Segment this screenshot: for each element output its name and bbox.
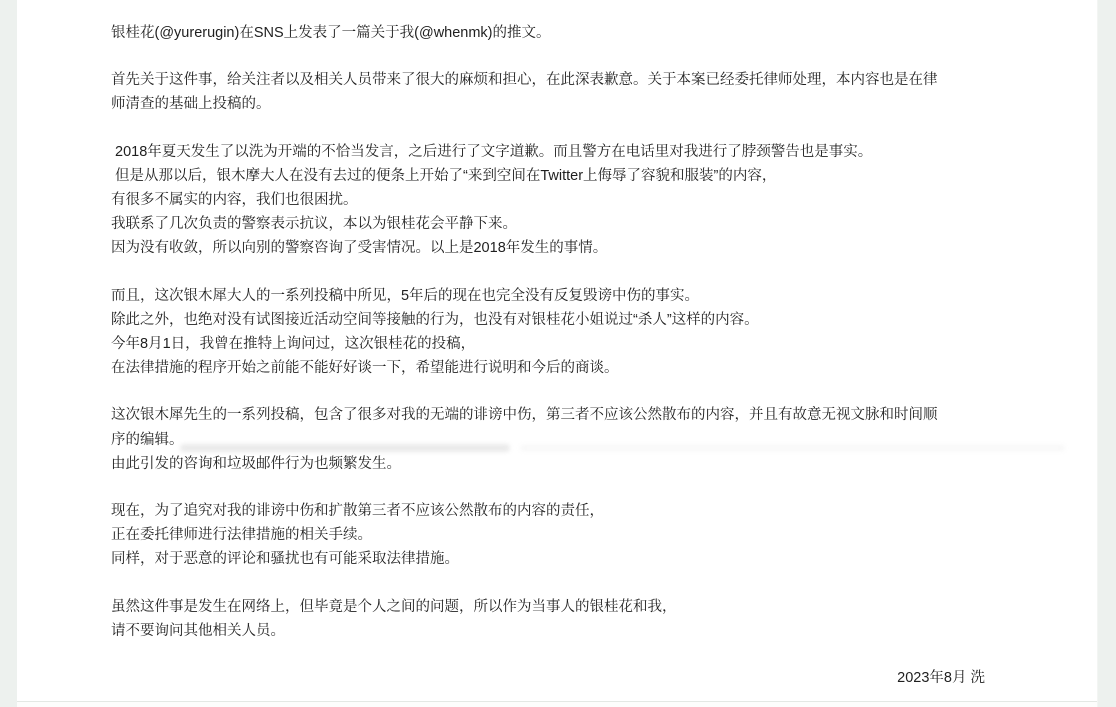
text-line: 这次银木犀先生的一系列投稿，包含了很多对我的无端的诽谤中伤，第三者不应该公然散布… [111, 403, 985, 427]
paragraph: 银桂花(@yurerugin)在SNS上发表了一篇关于我(@whenmk)的推文… [111, 21, 985, 45]
paragraph: 首先关于这件事，给关注者以及相关人员带来了很大的麻烦和担心，在此深表歉意。关于本… [111, 68, 985, 116]
text-line: 而且，这次银木犀大人的一系列投稿中所见，5年后的现在也完全没有反复毁谤中伤的事实… [111, 284, 985, 308]
text-line: 但是从那以后，银木摩大人在没有去过的便条上开始了“来到空间在Twitter上侮辱… [111, 164, 985, 188]
text-line: 同样，对于恶意的评论和骚扰也有可能采取法律措施。 [111, 547, 985, 571]
text-line: 现在，为了追究对我的诽谤中伤和扩散第三者不应该公然散布的内容的责任， [111, 499, 985, 523]
text-line: 虽然这件事是发生在网络上，但毕竟是个人之间的问题，所以作为当事人的银桂花和我， [111, 595, 985, 619]
text-line: 我联系了几次负责的警察表示抗议，本以为银桂花会平静下来。 [111, 212, 985, 236]
left-margin-strip [0, 0, 17, 707]
signature-date: 2023年8月 洗 [111, 666, 985, 690]
paragraph: 这次银木犀先生的一系列投稿，包含了很多对我的无端的诽谤中伤，第三者不应该公然散布… [111, 403, 985, 476]
text-line: 2018年夏天发生了以洗为开端的不恰当发言，之后进行了文字道歉。而且警方在电话里… [111, 140, 985, 164]
text-line: 银桂花(@yurerugin)在SNS上发表了一篇关于我(@whenmk)的推文… [111, 21, 985, 45]
text-line: 请不要询问其他相关人员。 [111, 619, 985, 643]
text-line: 由此引发的咨询和垃圾邮件行为也频繁发生。 [111, 452, 985, 476]
text-line: 在法律措施的程序开始之前能不能好好谈一下，希望能进行说明和今后的商谈。 [111, 356, 985, 380]
text-line: 今年8月1日，我曾在推特上询问过，这次银桂花的投稿， [111, 332, 985, 356]
paragraph: 而且，这次银木犀大人的一系列投稿中所见，5年后的现在也完全没有反复毁谤中伤的事实… [111, 284, 985, 381]
paragraph: 虽然这件事是发生在网络上，但毕竟是个人之间的问题，所以作为当事人的银桂花和我，请… [111, 595, 985, 643]
text-line: 因为没有收敛，所以向别的警察咨询了受害情况。以上是2018年发生的事情。 [111, 236, 985, 260]
text-line: 序的编辑。 [111, 428, 985, 452]
document-body: 银桂花(@yurerugin)在SNS上发表了一篇关于我(@whenmk)的推文… [111, 21, 985, 690]
text-line: 除此之外，也绝对没有试图接近活动空间等接触的行为，也没有对银桂花小姐说过“杀人”… [111, 308, 985, 332]
document-page: 银桂花(@yurerugin)在SNS上发表了一篇关于我(@whenmk)的推文… [17, 0, 1097, 702]
paragraph: 2018年夏天发生了以洗为开端的不恰当发言，之后进行了文字道歉。而且警方在电话里… [111, 140, 985, 261]
right-margin-strip [1097, 0, 1116, 707]
text-line: 正在委托律师进行法律措施的相关手续。 [111, 523, 985, 547]
paragraph: 现在，为了追究对我的诽谤中伤和扩散第三者不应该公然散布的内容的责任，正在委托律师… [111, 499, 985, 572]
text-line: 有很多不属实的内容，我们也很困扰。 [111, 188, 985, 212]
text-line: 师清查的基础上投稿的。 [111, 92, 985, 116]
text-line: 首先关于这件事，给关注者以及相关人员带来了很大的麻烦和担心，在此深表歉意。关于本… [111, 68, 985, 92]
